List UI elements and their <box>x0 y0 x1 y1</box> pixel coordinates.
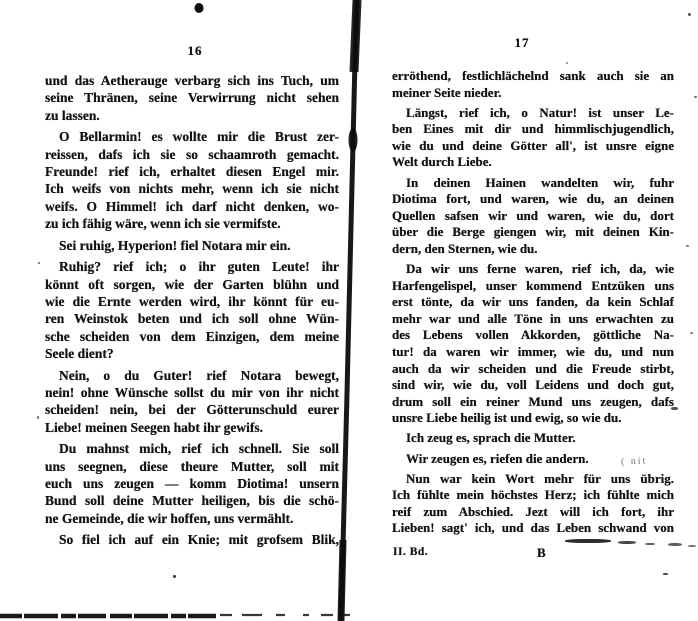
text-line: sind wir, wie du, voll Leidens und doch … <box>392 377 674 394</box>
paragraph: Da wir uns ferne waren, rief ich, da, wi… <box>392 261 674 427</box>
text-line: unsre Liebe heilig ist und ewig, so wie … <box>392 410 674 427</box>
paragraph: Ich zeug es, sprach die Mutter. <box>392 430 674 447</box>
book-scan: 16 und das Aetherauge verbarg sich ins T… <box>0 0 698 621</box>
text-line: auch da wir scheiden und die Freude stir… <box>392 361 674 378</box>
text-line: Du mahnst mich, rief ich schnell. Sie so… <box>45 440 339 457</box>
ink-smudge <box>645 543 655 545</box>
text-line: des Lebens vollen Akkorden, göttliche Na… <box>392 327 674 344</box>
text-line: In deinen Hainen wandelten wir, fuhr <box>392 175 674 192</box>
ink-smudge <box>618 541 636 544</box>
text-line: Liebe! meinen Seegen habt ihr gewifs. <box>45 419 339 436</box>
ink-smudge <box>668 543 682 546</box>
text-line: Da wir uns ferne waren, rief ich, da, wi… <box>392 261 674 278</box>
paragraph: In deinen Hainen wandelten wir, fuhrDiot… <box>392 175 674 258</box>
text-line: weifs. O Himmel! ich darf nicht denken, … <box>45 198 339 215</box>
text-line: könnt oft sorgen, wie der Garten blühn u… <box>45 276 339 293</box>
text-line: O Bellarmin! es wollte mir die Brust zer… <box>45 128 339 145</box>
paragraph: und das Aetherauge verbarg sich ins Tuch… <box>45 72 339 124</box>
volume-mark: II. Bd. <box>393 546 428 558</box>
ink-speck <box>37 416 39 419</box>
text-line: ben Eines mit dir und himmlischjugendlic… <box>392 121 674 138</box>
text-line: zu lassen. <box>45 107 339 124</box>
text-line: Sei ruhig, Hyperion! fiel Notara mir ein… <box>45 237 339 254</box>
text-line: Längst, rief ich, o Natur! ist unser Le- <box>392 105 674 122</box>
page-left-text: und das Aetherauge verbarg sich ins Tuch… <box>45 72 339 549</box>
text-line: Nun war kein Wort mehr für uns übrig. <box>392 471 674 488</box>
ink-speck <box>694 96 697 98</box>
text-line: Harfengelispel, unser kommend Entzüken u… <box>392 278 674 295</box>
paragraph: Nein, o du Guter! rief Notara bewegt,nei… <box>45 367 339 436</box>
text-line: ren Weinstok beten und ich soll ohne Wün… <box>45 310 339 327</box>
signature-mark: B <box>537 545 547 561</box>
text-line: Ich weifs von nichts mehr, wenn ich sie … <box>45 180 339 197</box>
paragraph: Längst, rief ich, o Natur! ist unser Le-… <box>392 105 674 171</box>
text-line: erröthend, festlichlächelnd sank auch si… <box>392 68 674 85</box>
gutter-line-bottom <box>341 540 343 621</box>
text-line: ne Gemeinde, die wir hoffen, uns vermähl… <box>45 510 339 527</box>
text-line: uns seegnen, diese theure Mutter, soll m… <box>45 458 339 475</box>
text-line: drum soll ein reiner Mund uns zeugen, da… <box>392 394 674 411</box>
ink-smudge <box>565 539 611 543</box>
text-line: Seele dient? <box>45 345 339 362</box>
paragraph: Du mahnst mich, rief ich schnell. Sie so… <box>45 440 339 526</box>
text-line: erst tönte, da wir uns fanden, da kein S… <box>392 294 674 311</box>
text-line: So fiel ich auf ein Knie; mit grofsem Bl… <box>45 531 339 548</box>
text-line: reif zum Abschied. Jezt will ich fort, i… <box>392 504 674 521</box>
ink-speck <box>671 407 678 410</box>
ink-speck <box>663 573 668 575</box>
paragraph: erröthend, festlichlächelnd sank auch si… <box>392 68 674 101</box>
text-line: nein! ohne Wünsche sollst du mir von ihr… <box>45 384 339 401</box>
text-line: Nein, o du Guter! rief Notara bewegt, <box>45 367 339 384</box>
text-line: Freunde! rief ich, erhaltet diesen Engel… <box>45 163 339 180</box>
text-line: Ich zeug es, sprach die Mutter. <box>392 430 674 447</box>
text-line: tur! da waren wir immer, wie du, und nun <box>392 344 674 361</box>
ink-speck <box>173 575 176 578</box>
text-line: wie du und deine Götter all', ist unsre … <box>392 138 674 155</box>
print-offset-artifact: ( nit <box>621 456 648 468</box>
text-line: scheiden! nein, bei der Götterunschuld e… <box>45 401 339 418</box>
text-line: Diotima fort, und waren, wie du, an dein… <box>392 191 674 208</box>
paragraph: Ruhig? rief ich; o ihr guten Leute! ihrk… <box>45 258 339 362</box>
text-line: seine Thränen, seine Verwirrung nicht se… <box>45 89 339 106</box>
text-line: sche scheiden von dem Einzigen, dem mein… <box>45 328 339 345</box>
ink-speck <box>38 262 40 264</box>
ink-speck <box>690 332 693 334</box>
ink-speck <box>688 13 691 16</box>
paragraph: Sei ruhig, Hyperion! fiel Notara mir ein… <box>45 237 339 254</box>
gutter-line-top <box>354 0 357 72</box>
ink-speck <box>566 62 568 64</box>
ink-spot <box>195 3 204 13</box>
text-line: Bund soll deine Mutter heiligen, bis die… <box>45 492 339 509</box>
paragraph: So fiel ich auf ein Knie; mit grofsem Bl… <box>45 531 339 548</box>
paragraph: Nun war kein Wort mehr für uns übrig.Ich… <box>392 471 674 537</box>
text-line: meiner Seite nieder. <box>392 85 674 102</box>
ink-speck <box>686 245 689 247</box>
text-line: Ich fühlte mein höchstes Herz; ich fühlt… <box>392 487 674 504</box>
gutter-line <box>341 0 357 621</box>
text-line: reissen, dafs ich sie so schaamroth gema… <box>45 146 339 163</box>
text-line: mehr war und alle Töne in uns erwachten … <box>392 311 674 328</box>
text-line: Quellen safsen wir und waren, wie du, do… <box>392 208 674 225</box>
page-number-right: 17 <box>510 35 534 51</box>
gutter-blob <box>349 128 358 152</box>
text-line: Lieben! sagt' ich, und das Leben schwand… <box>392 520 674 537</box>
text-line: zu ich fähig wäre, wenn ich sie vermifst… <box>45 215 339 232</box>
text-line: und das Aetherauge verbarg sich ins Tuch… <box>45 72 339 89</box>
ink-smudge <box>688 545 696 547</box>
text-line: Ruhig? rief ich; o ihr guten Leute! ihr <box>45 258 339 275</box>
text-line: wie die Ernte werden wird, ihr könnt für… <box>45 293 339 310</box>
text-line: Welt durch Liebe. <box>392 154 674 171</box>
text-line: euch uns zeugen — komm Diotima! unsern <box>45 475 339 492</box>
text-line: dern, den Sternen, wie du. <box>392 241 674 258</box>
text-line: über die Berge giengen wir, mit deinen K… <box>392 224 674 241</box>
paragraph: O Bellarmin! es wollte mir die Brust zer… <box>45 128 339 232</box>
page-number-left: 16 <box>183 43 207 59</box>
